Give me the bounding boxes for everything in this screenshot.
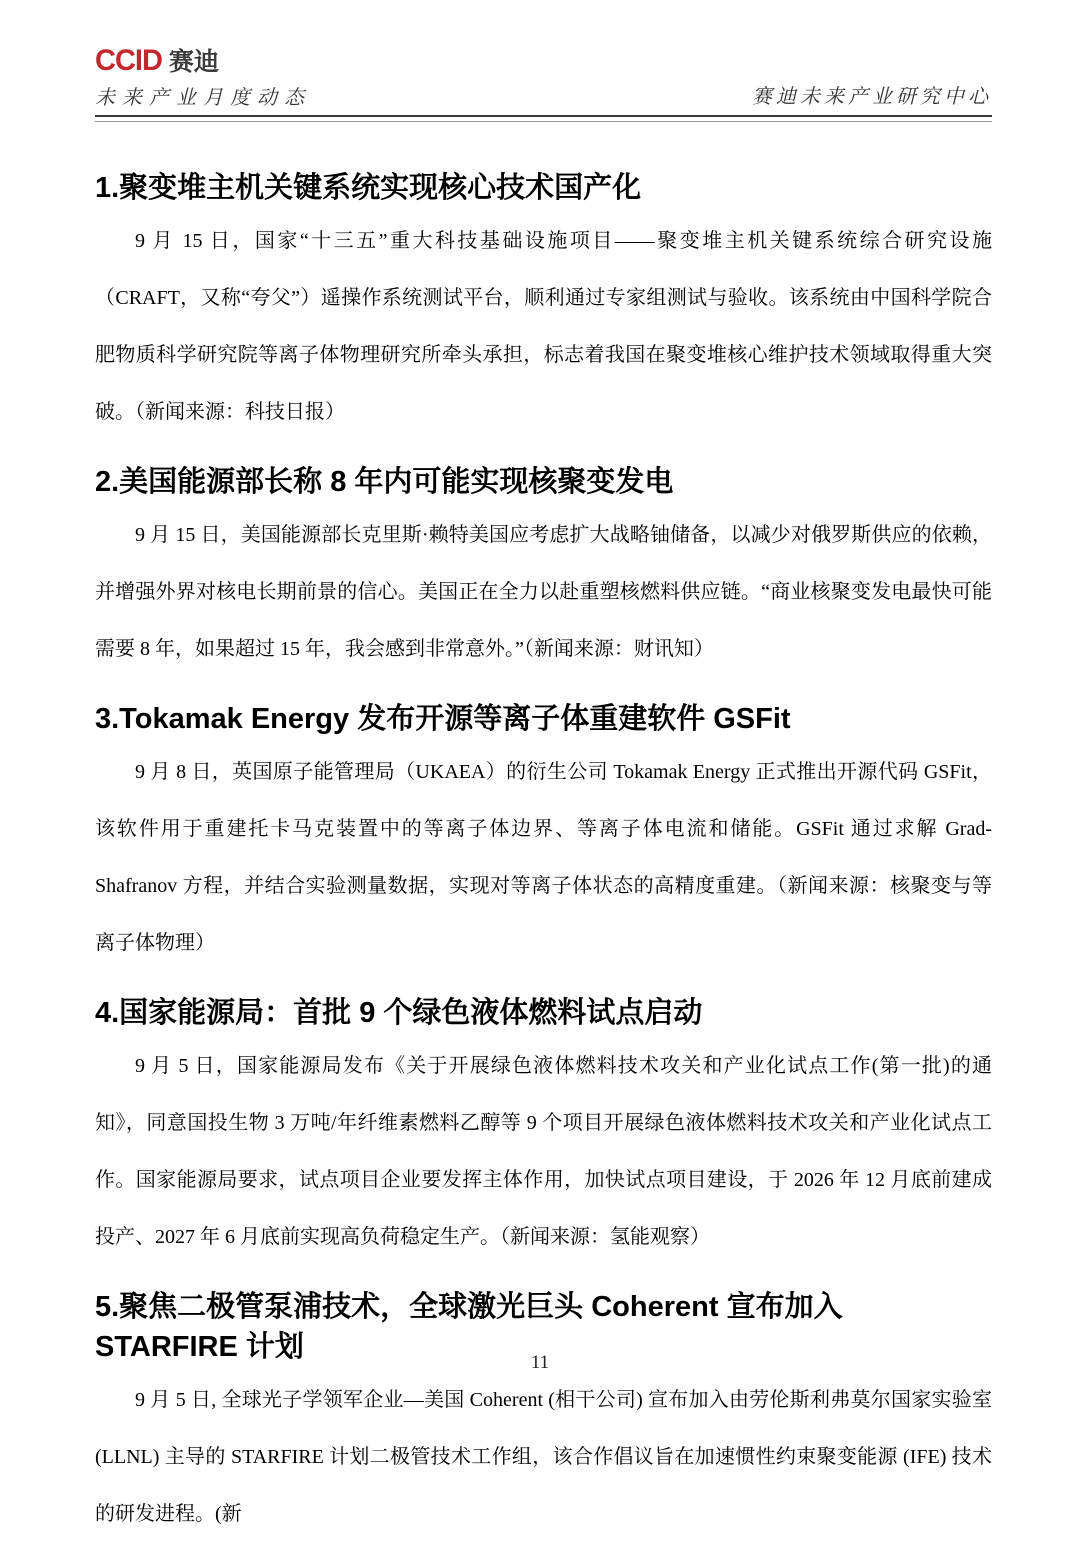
- org-name: 赛迪未来产业研究中心: [752, 80, 992, 110]
- section-body: 9 月 15 日，国家“十三五”重大科技基础设施项目——聚变堆主机关键系统综合研…: [95, 213, 992, 441]
- section-body: 9 月 5 日, 全球光子学领军企业—美国 Coherent (相干公司) 宣布…: [95, 1372, 992, 1543]
- news-section-2: 2.美国能源部长称 8 年内可能实现核聚变发电 9 月 15 日，美国能源部长克…: [95, 462, 992, 678]
- page-footer: 11: [0, 1352, 1080, 1374]
- news-section-1: 1.聚变堆主机关键系统实现核心技术国产化 9 月 15 日，国家“十三五”重大科…: [95, 168, 992, 441]
- news-section-5: 5.聚焦二极管泵浦技术，全球激光巨头 Coherent 宣布加入 STARFIR…: [95, 1287, 992, 1543]
- section-body: 9 月 15 日，美国能源部长克里斯·赖特美国应考虑扩大战略铀储备，以减少对俄罗…: [95, 507, 992, 678]
- ccid-logo-latin: CCID: [95, 45, 162, 79]
- section-body: 9 月 5 日，国家能源局发布《关于开展绿色液体燃料技术攻关和产业化试点工作(第…: [95, 1038, 992, 1266]
- document-page: CCID 赛迪 未来产业月度动态 赛迪未来产业研究中心 1.聚变堆主机关键系统实…: [0, 0, 1080, 1527]
- header-left: CCID 赛迪 未来产业月度动态: [95, 42, 311, 110]
- document-body: 1.聚变堆主机关键系统实现核心技术国产化 9 月 15 日，国家“十三五”重大科…: [95, 168, 992, 1543]
- page-header: CCID 赛迪 未来产业月度动态 赛迪未来产业研究中心: [95, 42, 992, 110]
- document-title: 未来产业月度动态: [95, 81, 311, 110]
- section-title: 2.美国能源部长称 8 年内可能实现核聚变发电: [95, 462, 992, 502]
- news-section-3: 3.Tokamak Energy 发布开源等离子体重建软件 GSFit 9 月 …: [95, 699, 992, 972]
- news-section-4: 4.国家能源局：首批 9 个绿色液体燃料试点启动 9 月 5 日，国家能源局发布…: [95, 993, 992, 1266]
- header-divider: [95, 115, 992, 122]
- ccid-logo: CCID 赛迪: [95, 42, 311, 78]
- page-number: 11: [531, 1352, 549, 1373]
- section-title: 3.Tokamak Energy 发布开源等离子体重建软件 GSFit: [95, 699, 992, 739]
- section-title: 4.国家能源局：首批 9 个绿色液体燃料试点启动: [95, 993, 992, 1033]
- section-title: 1.聚变堆主机关键系统实现核心技术国产化: [95, 168, 992, 208]
- ccid-logo-chinese: 赛迪: [169, 42, 219, 78]
- section-body: 9 月 8 日，英国原子能管理局（UKAEA）的衍生公司 Tokamak Ene…: [95, 744, 992, 972]
